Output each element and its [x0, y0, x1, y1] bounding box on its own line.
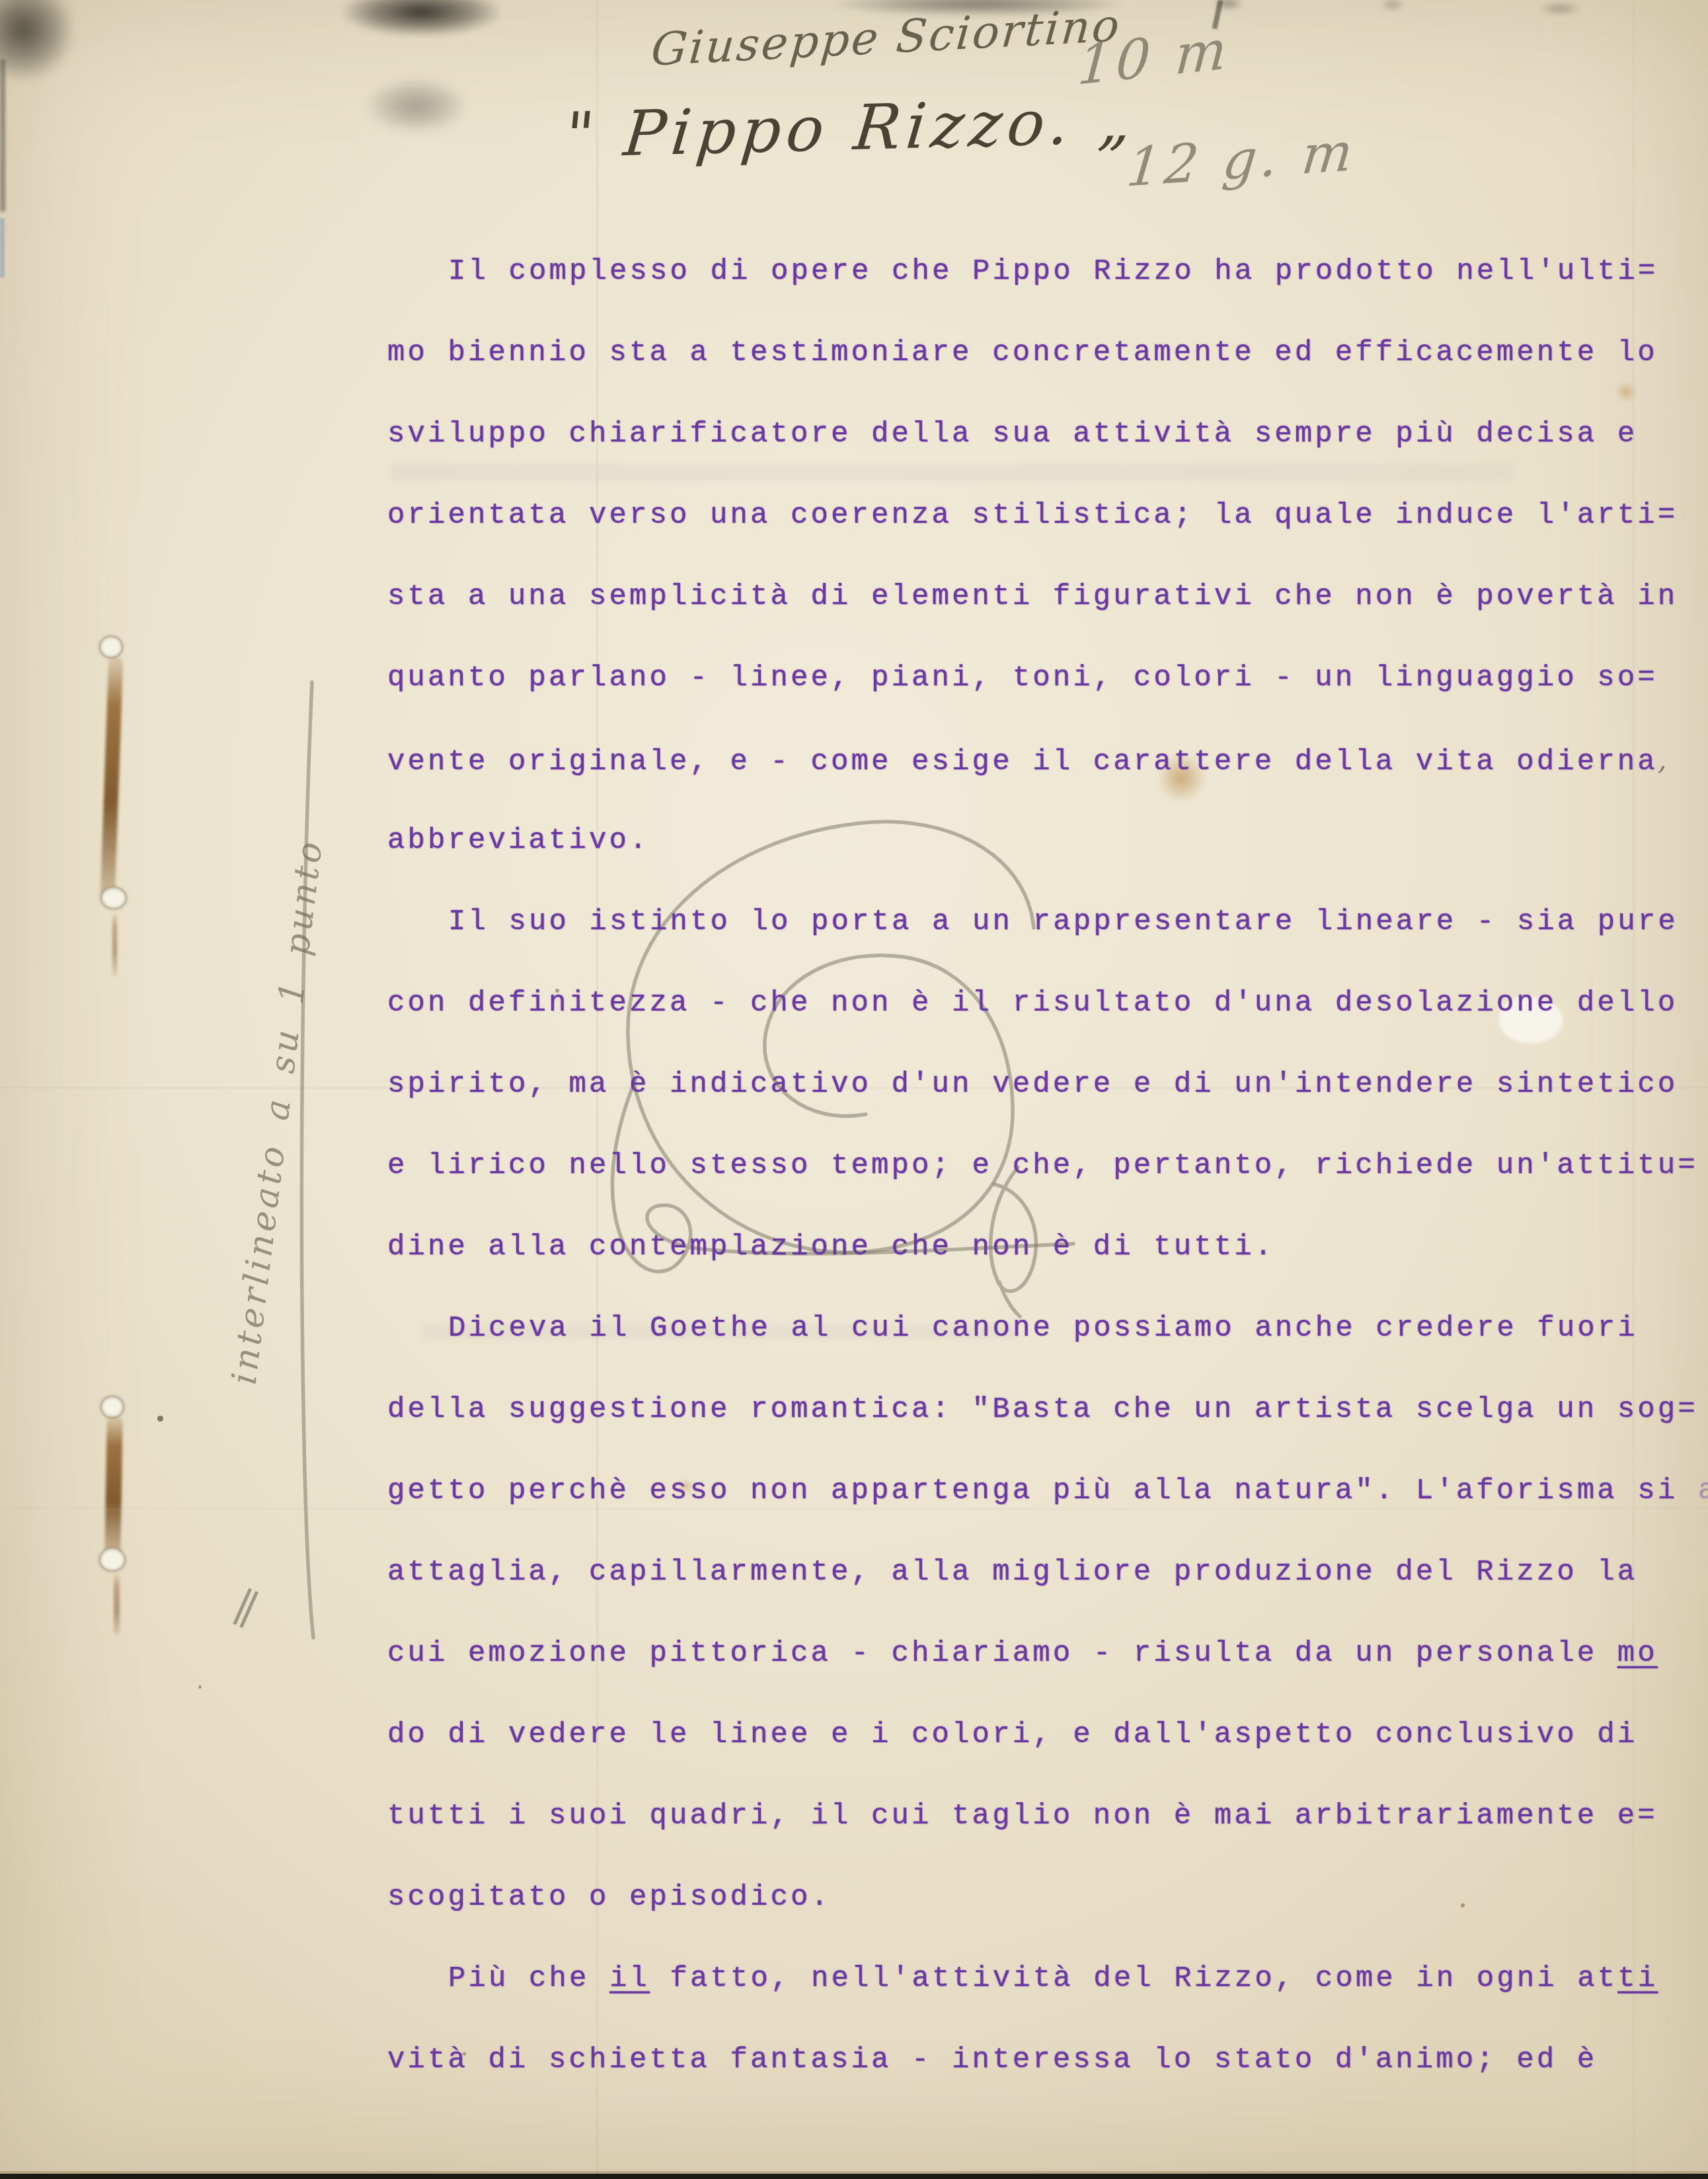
typed-text: spirito, ma è indicativo d'un vedere e d… [387, 1068, 1678, 1101]
underlined-typed-text: ti [1617, 1962, 1658, 1995]
typed-line: sta a una semplicità di elementi figurat… [387, 556, 1703, 638]
manuscript-page: Giuseppe Sciortino 10 m " Pippo Rizzo. „… [0, 0, 1708, 2179]
typed-line: orientata verso una coerenza stilistica;… [387, 475, 1703, 556]
typed-line: vente originale, e - come esige il carat… [387, 719, 1703, 800]
typed-text: fatto, nell'attività del Rizzo, come in … [650, 1962, 1617, 1995]
title-annotation: " Pippo Rizzo. „ [562, 85, 1140, 172]
typed-line: della suggestione romantica: "Basta che … [387, 1369, 1703, 1451]
underlined-typed-text: il [609, 1962, 650, 1995]
typed-text: vente originale, e - come esige il carat… [387, 745, 1658, 779]
typed-line: sviluppo chiarificatore della sua attivi… [387, 394, 1703, 475]
typed-line: Diceva il Goethe al cui canone possiamo … [387, 1288, 1703, 1369]
typed-text: do di vedere le linee e i colori, e dall… [387, 1718, 1637, 1751]
typed-text: getto perchè esso non appartenga più all… [387, 1474, 1698, 1508]
typed-text: tutti i suoi quadri, il cui taglio non è… [387, 1800, 1658, 1833]
typed-line: Il suo istinto lo porta a un rappresenta… [387, 882, 1703, 963]
underlined-typed-text: mo [1617, 1637, 1658, 1670]
typed-line: Il complesso di opere che Pippo Rizzo ha… [387, 231, 1703, 313]
typed-text: sviluppo chiarificatore della sua attivi… [387, 418, 1637, 451]
typed-line: vità di schietta fantasia - interessa lo… [387, 2020, 1703, 2101]
typed-text: sta a una semplicità di elementi figurat… [387, 580, 1678, 613]
typed-line: dine alla contemplazione che non è di tu… [387, 1207, 1703, 1288]
typed-line: abbreviativo. [387, 800, 1703, 882]
typed-line: cui emozione pittorica - chiariamo - ris… [387, 1613, 1703, 1695]
typed-line: spirito, ma è indicativo d'un vedere e d… [387, 1044, 1703, 1126]
typed-line: attaglia, capillarmente, alla migliore p… [387, 1532, 1703, 1613]
pencil-insertion: , [1658, 743, 1670, 777]
typed-line: e lirico nello stesso tempo; e che, pert… [387, 1126, 1703, 1207]
typed-text: con definitezza - che non è il risultato… [387, 987, 1678, 1020]
typed-text: Il complesso di opere che Pippo Rizzo ha… [448, 255, 1658, 288]
typed-text: Più che [448, 1962, 609, 1995]
typed-text: cui emozione pittorica - chiariamo - ris… [387, 1637, 1617, 1670]
typed-line: getto perchè esso non appartenga più all… [387, 1451, 1703, 1532]
typed-text: abbreviativo. [387, 824, 650, 857]
typed-line: do di vedere le linee e i colori, e dall… [387, 1695, 1703, 1776]
typed-text: Il suo istinto lo porta a un rappresenta… [448, 905, 1678, 938]
typed-text: della suggestione romantica: "Basta che … [387, 1393, 1698, 1426]
typed-line: scogitato o episodico. [387, 1857, 1703, 1938]
typed-text: orientata verso una coerenza stilistica;… [387, 499, 1678, 532]
typed-text: quanto parlano - linee, piani, toni, col… [387, 662, 1658, 695]
typed-line: tutti i suoi quadri, il cui taglio non è… [387, 1776, 1703, 1857]
typed-text: e lirico nello stesso tempo; e che, pert… [387, 1149, 1698, 1182]
typed-line: quanto parlano - linee, piani, toni, col… [387, 638, 1703, 719]
typed-text: mo biennio sta a testimoniare concretame… [387, 336, 1658, 369]
typed-text: a [1698, 1474, 1708, 1508]
typed-line: con definitezza - che non è il risultato… [387, 963, 1703, 1044]
typed-text: vità di schietta fantasia - interessa lo… [387, 2044, 1597, 2077]
typed-text: scogitato o episodico. [387, 1881, 831, 1914]
typed-text: Diceva il Goethe al cui canone possiamo … [448, 1312, 1638, 1345]
typed-text: attaglia, capillarmente, alla migliore p… [387, 1556, 1637, 1589]
typed-line: mo biennio sta a testimoniare concretame… [387, 313, 1703, 394]
typed-body: Il complesso di opere che Pippo Rizzo ha… [387, 231, 1703, 2101]
typed-line: Più che il fatto, nell'attività del Rizz… [387, 1938, 1703, 2020]
typed-text: dine alla contemplazione che non è di tu… [387, 1231, 1274, 1264]
